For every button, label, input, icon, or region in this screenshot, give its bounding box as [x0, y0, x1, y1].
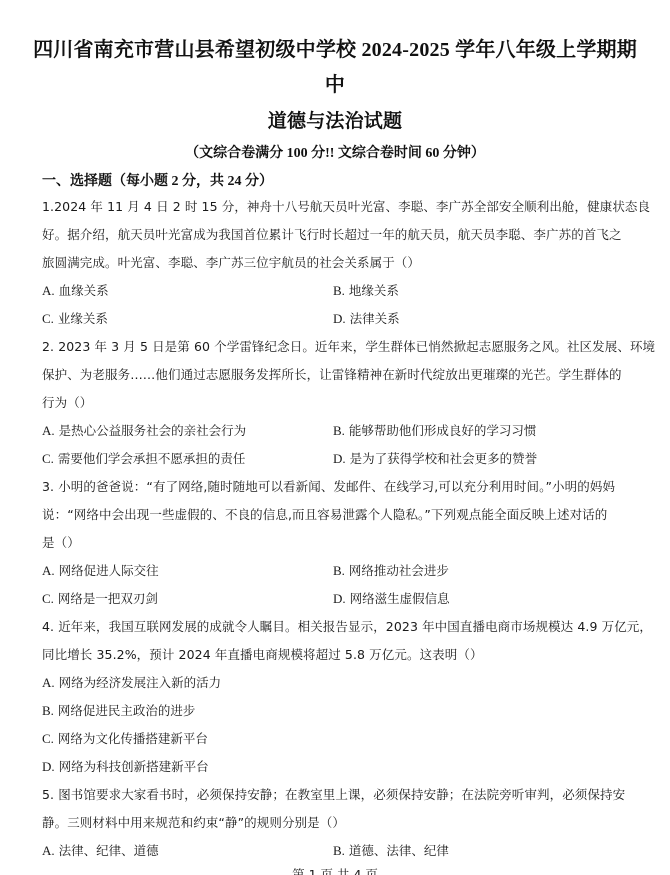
option-text: 网络推动社会进步	[349, 563, 449, 578]
page-footer: 第 1 页 共 4 页	[0, 868, 670, 875]
option-letter: D.	[333, 591, 346, 606]
option-text: 网络为文化传播搭建新平台	[58, 731, 208, 746]
option-letter: A.	[42, 843, 55, 858]
option-text: 是为了获得学校和社会更多的赞誉	[350, 451, 538, 466]
option-letter: A.	[42, 675, 55, 690]
option-letter: D.	[42, 759, 55, 774]
option-text: 网络促进民主政治的进步	[58, 703, 196, 718]
option-letter: C.	[42, 311, 54, 326]
question-text-line: 是（）	[42, 533, 80, 551]
option-text: 网络为科技创新搭建新平台	[59, 759, 209, 774]
option-text: 是热心公益服务社会的亲社会行为	[59, 423, 247, 438]
question-text-line: 4. 近年来，我国互联网发展的成就令人瞩目。相关报告显示，2023 年中国直播电…	[42, 617, 652, 635]
option-a: A. 网络为经济发展注入新的活力	[42, 673, 221, 691]
option-letter: D.	[333, 451, 346, 466]
option-d: D. 网络滋生虚假信息	[333, 589, 450, 607]
option-letter: B.	[333, 423, 345, 438]
option-a: A. 法律、纪律、道德	[42, 841, 159, 859]
question-text-line: 旅圆满完成。叶光富、李聪、李广苏三位宇航员的社会关系属于（）	[42, 253, 420, 271]
option-c: C. 业缘关系	[42, 309, 108, 327]
option-letter: B.	[42, 703, 54, 718]
question-text-line: 5. 图书馆要求大家看书时，必须保持安静；在教室里上课，必须保持安静；在法院旁听…	[42, 785, 625, 803]
option-c: C. 网络是一把双刃剑	[42, 589, 158, 607]
option-text: 网络滋生虚假信息	[350, 591, 450, 606]
option-text: 地缘关系	[349, 283, 399, 298]
option-b: B. 网络促进民主政治的进步	[42, 701, 195, 719]
option-text: 能够帮助他们形成良好的学习习惯	[349, 423, 537, 438]
exam-score-time-note: （文综合卷满分 100 分!! 文综合卷时间 60 分钟）	[30, 142, 640, 162]
exam-title-continuation: 中	[30, 68, 640, 97]
option-c: C. 网络为文化传播搭建新平台	[42, 729, 208, 747]
option-text: 法律、纪律、道德	[59, 843, 159, 858]
option-letter: A.	[42, 423, 55, 438]
option-letter: C.	[42, 451, 54, 466]
option-b: B. 地缘关系	[333, 281, 399, 299]
option-b: B. 能够帮助他们形成良好的学习习惯	[333, 421, 536, 439]
option-b: B. 道德、法律、纪律	[333, 841, 449, 859]
option-a: A. 网络促进人际交往	[42, 561, 159, 579]
option-letter: A.	[42, 563, 55, 578]
option-d: D. 法律关系	[333, 309, 400, 327]
option-d: D. 网络为科技创新搭建新平台	[42, 757, 209, 775]
exam-subject: 道德与法治试题	[30, 106, 640, 133]
option-letter: C.	[42, 731, 54, 746]
option-b: B. 网络推动社会进步	[333, 561, 449, 579]
option-c: C. 需要他们学会承担不愿承担的责任	[42, 449, 245, 467]
option-letter: D.	[333, 311, 346, 326]
option-text: 网络是一把双刃剑	[58, 591, 158, 606]
option-letter: C.	[42, 591, 54, 606]
option-text: 业缘关系	[58, 311, 108, 326]
option-a: A. 血缘关系	[42, 281, 109, 299]
question-text-line: 2. 2023 年 3 月 5 日是第 60 个学雷锋纪念日。近年来，学生群体已…	[42, 337, 655, 355]
option-d: D. 是为了获得学校和社会更多的赞誉	[333, 449, 537, 467]
option-text: 血缘关系	[59, 283, 109, 298]
question-text-line: 静。三则材料中用来规范和约束“静”的规则分别是（）	[42, 813, 345, 831]
option-text: 网络为经济发展注入新的活力	[59, 675, 222, 690]
question-text-line: 同比增长 35.2%，预计 2024 年直播电商规模将超过 5.8 万亿元。这表…	[42, 645, 483, 663]
option-letter: B.	[333, 843, 345, 858]
section-header-multiple-choice: 一、选择题（每小题 2 分，共 24 分）	[42, 170, 273, 190]
question-text-line: 说：“网络中会出现一些虚假的、不良的信息,而且容易泄露个人隐私。”下列观点能全面…	[42, 505, 607, 523]
question-text-line: 行为（）	[42, 393, 92, 411]
question-text-line: 3. 小明的爸爸说：“有了网络,随时随地可以看新闻、发邮件、在线学习,可以充分利…	[42, 477, 615, 495]
exam-title: 四川省南充市营山县希望初级中学校 2024-2025 学年八年级上学期期	[30, 33, 640, 62]
option-text: 网络促进人际交往	[59, 563, 159, 578]
option-text: 法律关系	[350, 311, 400, 326]
option-letter: B.	[333, 283, 345, 298]
question-text-line: 好。据介绍，航天员叶光富成为我国首位累计飞行时长超过一年的航天员，航天员李聪、李…	[42, 225, 622, 243]
option-a: A. 是热心公益服务社会的亲社会行为	[42, 421, 246, 439]
option-letter: A.	[42, 283, 55, 298]
exam-page: 四川省南充市营山县希望初级中学校 2024-2025 学年八年级上学期期 中 道…	[0, 0, 670, 875]
option-text: 道德、法律、纪律	[349, 843, 449, 858]
option-letter: B.	[333, 563, 345, 578]
question-text-line: 保护、为老服务……他们通过志愿服务发挥所长，让雷锋精神在新时代绽放出更璀璨的光芒…	[42, 365, 622, 383]
option-text: 需要他们学会承担不愿承担的责任	[58, 451, 246, 466]
question-text-line: 1.2024 年 11 月 4 日 2 时 15 分，神舟十八号航天员叶光富、李…	[42, 197, 650, 215]
